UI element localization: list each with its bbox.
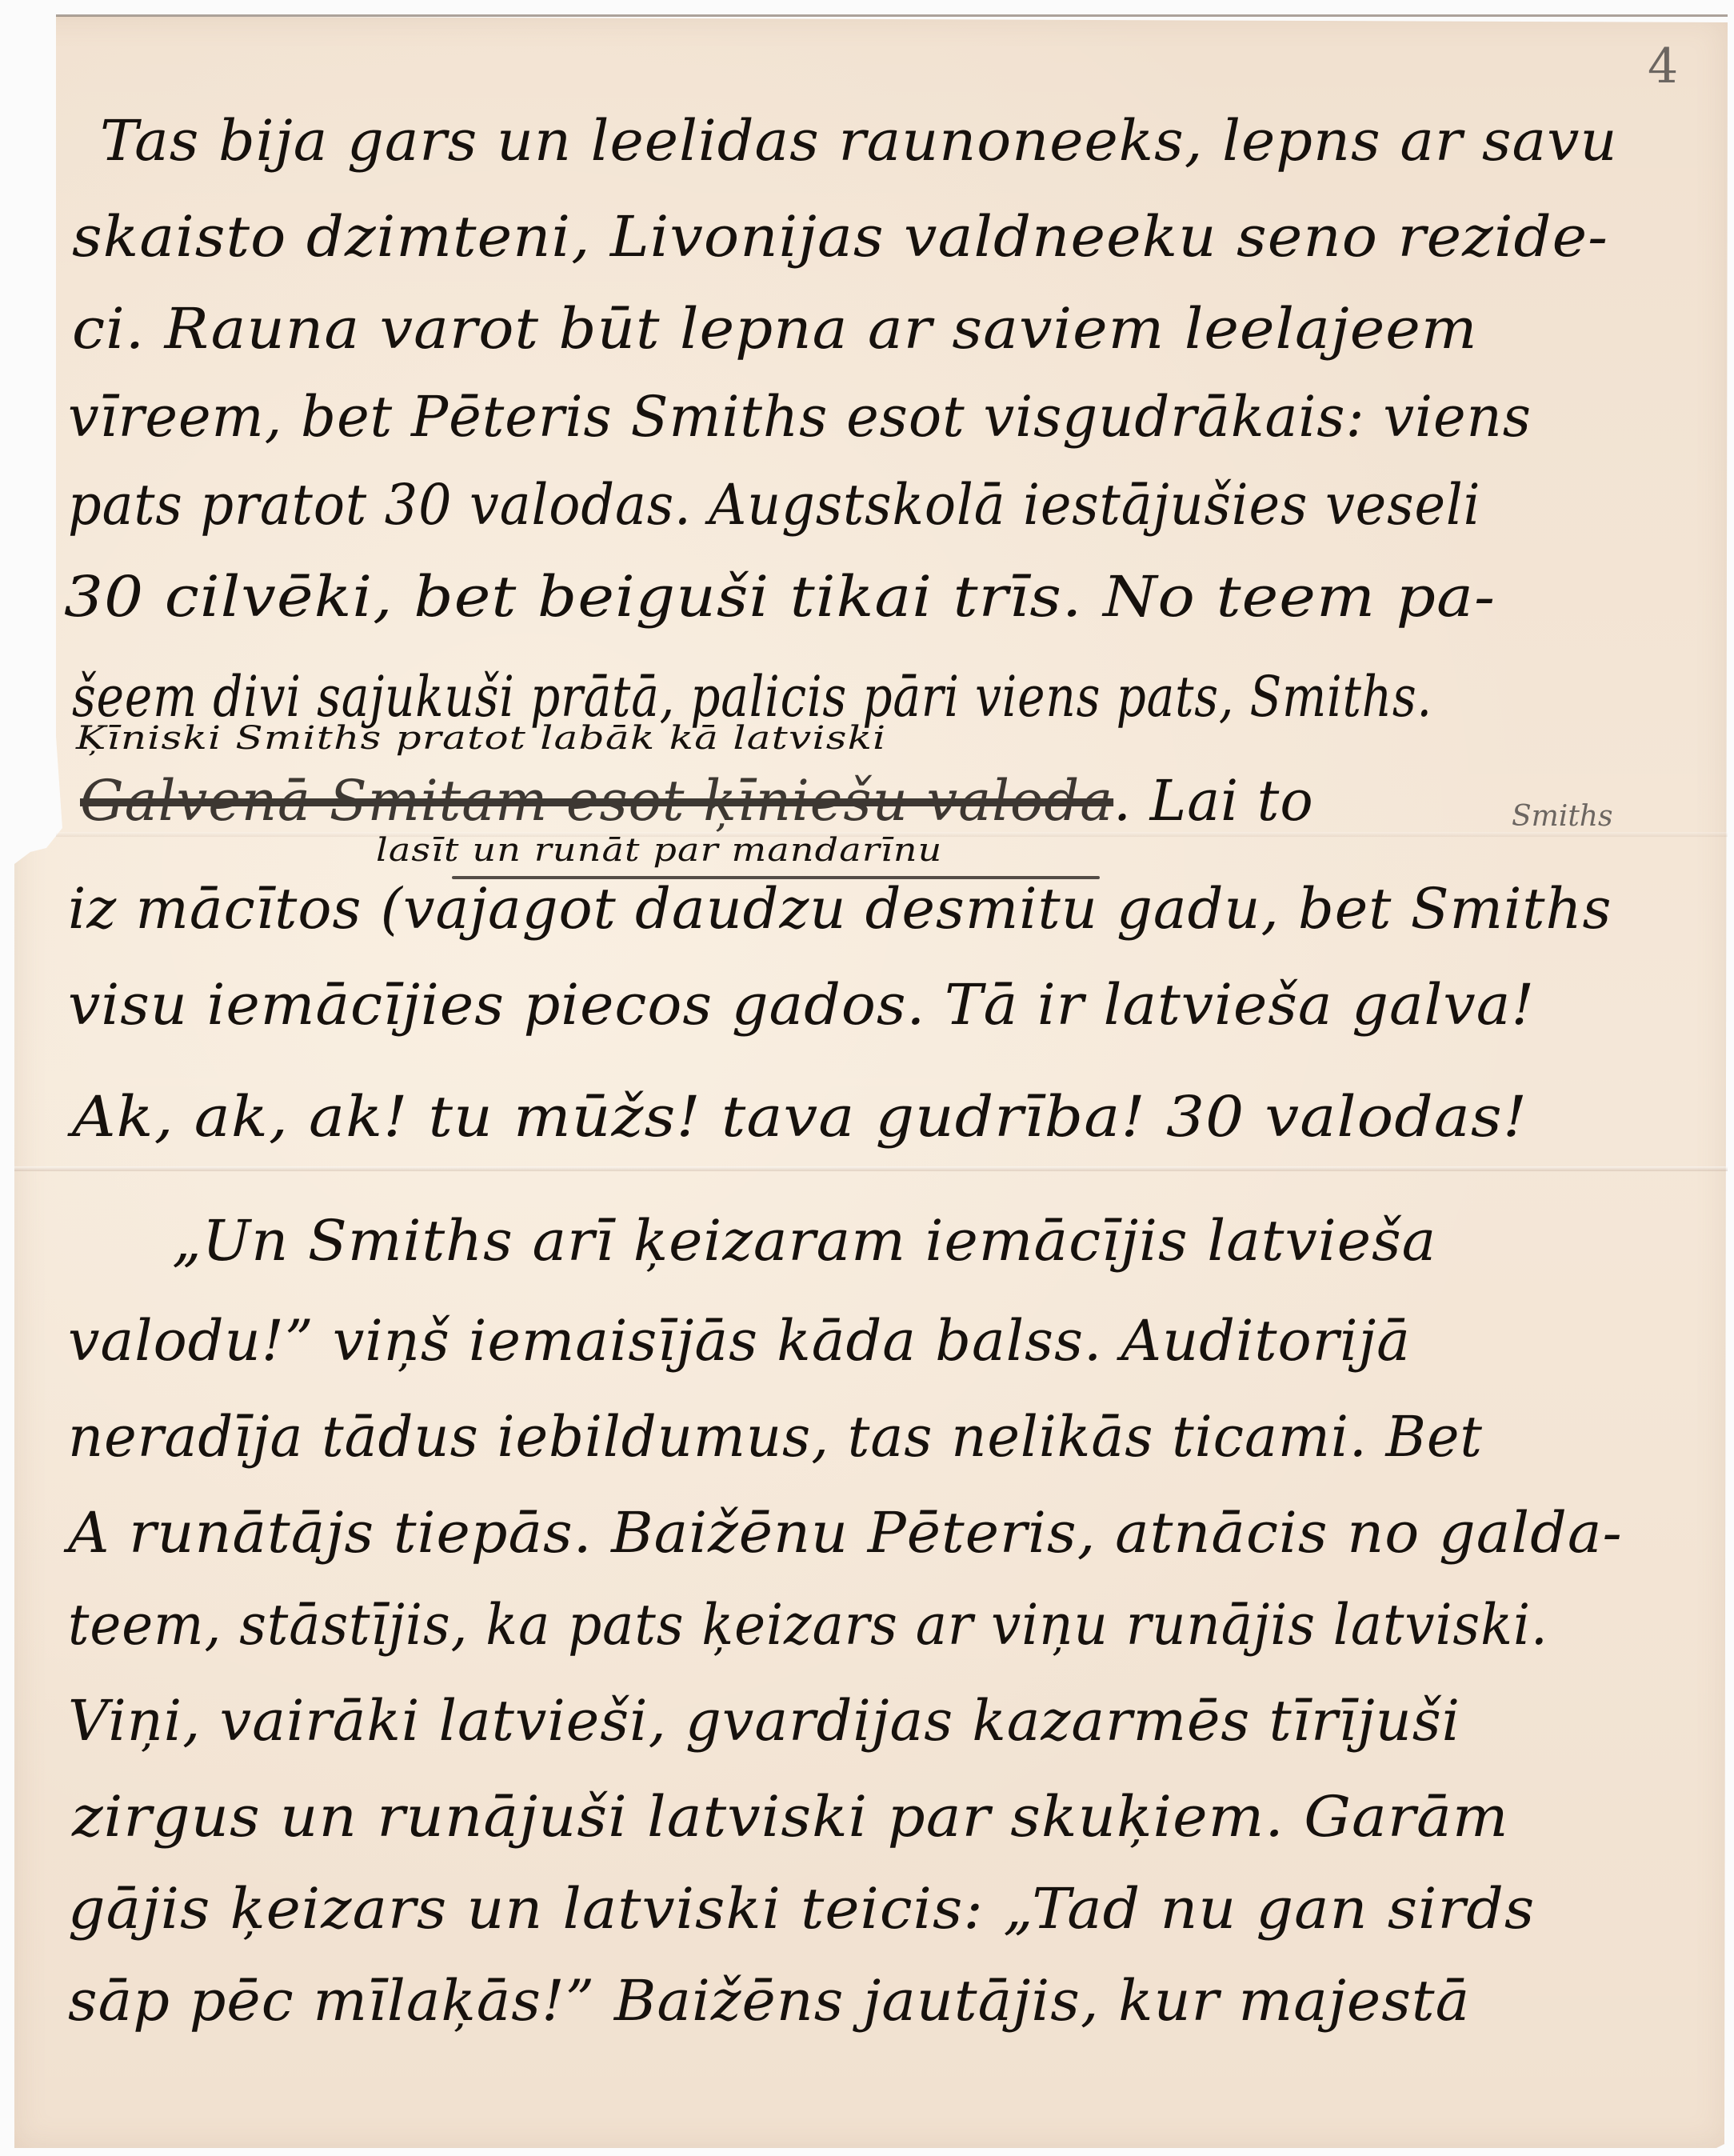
manuscript-line: vīreem, bet Pēteris Smiths esot visgudrā… (68, 384, 1532, 450)
interlinear-insertion: lasīt un runāt par mandarīnu (376, 832, 942, 869)
manuscript-line: Tas bija gars un leelidas raunoneeks, le… (100, 108, 1617, 174)
page-number: 4 (1648, 38, 1678, 94)
manuscript-line: teem, stāstījis, ka pats ķeizars ar viņu… (68, 1592, 1548, 1658)
manuscript-line: Galvenā Smitam esot ķīniešu valoda. Lai … (80, 768, 1314, 834)
manuscript-line: 30 cilvēki, bet beiguši tikai trīs. No t… (64, 564, 1496, 630)
manuscript-line: A runātājs tiepās. Baižēnu Pēteris, atnā… (68, 1500, 1623, 1566)
manuscript-line: Ak, ak, ak! tu mūžs! tava gudrība! 30 va… (72, 1084, 1528, 1150)
manuscript-line: skaisto dzimteni, Livonijas valdneeku se… (72, 204, 1608, 270)
manuscript-line: valodu!” viņš iemaisījās kāda balss. Aud… (68, 1308, 1411, 1374)
paper-top-edge (56, 14, 1728, 17)
manuscript-line: gājis ķeizars un latviski teicis: „Tad n… (68, 1876, 1535, 1942)
manuscript-line: iz mācītos (vajagot daudzu desmitu gadu,… (68, 876, 1612, 942)
struck-text: Galvenā Smitam esot ķīniešu valoda (80, 768, 1113, 834)
manuscript-line: ci. Rauna varot būt lepna ar saviem leel… (72, 296, 1478, 362)
manuscript-line: Viņi, vairāki latvieši, gvardijas kazarm… (68, 1688, 1460, 1754)
fold-crease (14, 1166, 1728, 1171)
manuscript-line: neradīja tādus iebildumus, tas nelikās t… (68, 1404, 1483, 1470)
manuscript-line: visu iemācījies piecos gados. Tā ir latv… (68, 972, 1535, 1038)
manuscript-line: pats pratot 30 valodas. Augstskolā iestā… (68, 472, 1480, 538)
manuscript-line: „Un Smiths arī ķeizaram iemācījis latvie… (172, 1208, 1436, 1274)
manuscript-line: zirgus un runājuši latviski par skuķiem.… (72, 1784, 1509, 1850)
margin-note: Smiths (1512, 800, 1612, 833)
manuscript-line: sāp pēc mīlaķās!” Baižēns jautājis, kur … (68, 1968, 1470, 2034)
interlinear-insertion: Ķīniski Smiths pratot labāk kā latviski (76, 720, 886, 757)
